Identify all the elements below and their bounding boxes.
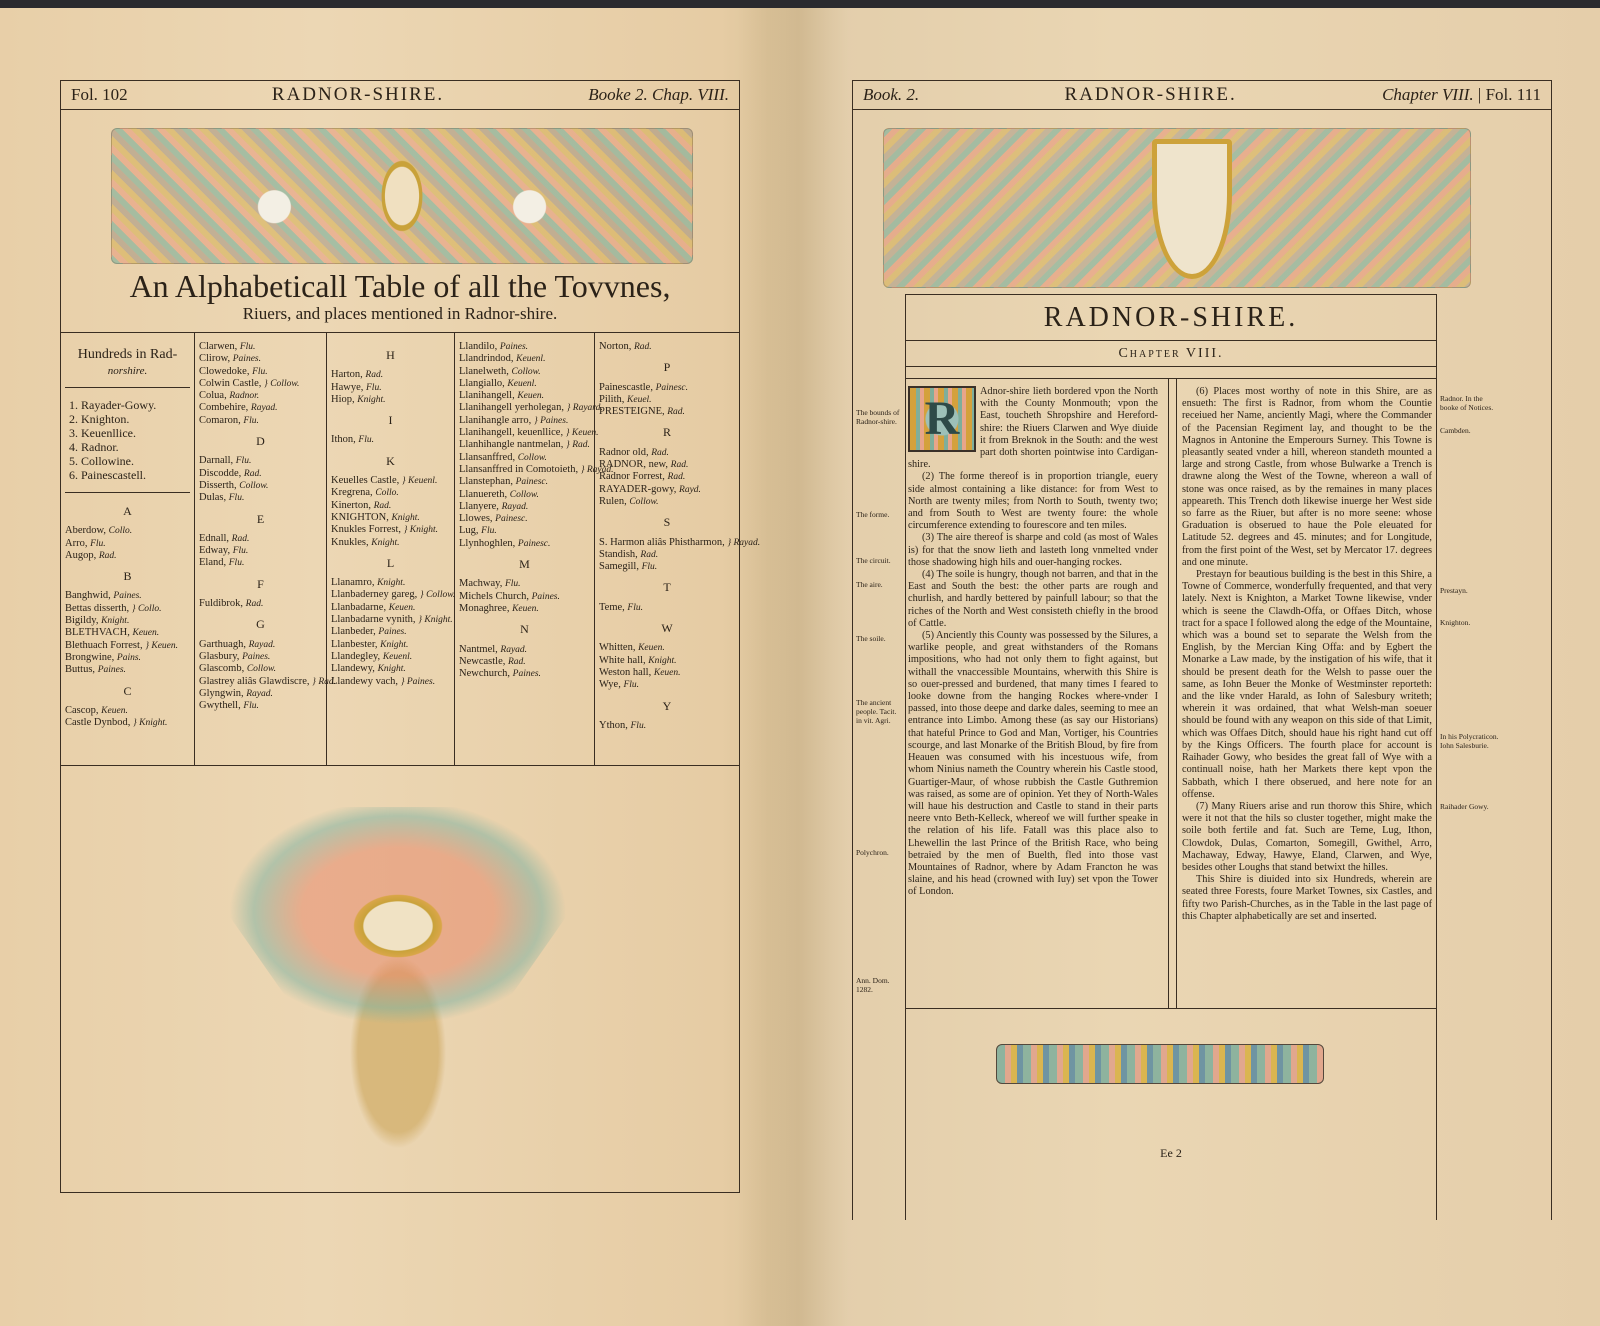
table-entry: Gwythell, Flu. — [199, 700, 322, 712]
table-entry: PRESTEIGNE, Rad. — [599, 406, 735, 418]
table-entry: Llynhoghlen, Painesc. — [459, 538, 590, 550]
book: Book. 2. — [863, 85, 919, 105]
table-subtitle: Riuers, and places mentioned in Radnor-s… — [61, 304, 739, 324]
margin-note: Cambden. — [1440, 426, 1500, 435]
table-entry: RADNOR, new, Rad. — [599, 459, 735, 471]
letter-heading: H — [331, 349, 450, 361]
letter-heading: E — [199, 513, 322, 525]
paragraph: (6) Places most worthy of note in this S… — [1182, 386, 1432, 569]
table-entry: Llandegley, Keuenl. — [331, 651, 450, 663]
table-entry: Hiop, Knight. — [331, 394, 450, 406]
text-column-1: RAdnor-shire lieth bordered vpon the Nor… — [908, 386, 1158, 899]
table-entry: Comaron, Flu. — [199, 415, 322, 427]
table-entry: Eland, Flu. — [199, 557, 322, 569]
table-entry: Kinerton, Rad. — [331, 500, 450, 512]
table-entry: Bigildy, Knight. — [65, 615, 190, 627]
table-entry: Wye, Flu. — [599, 679, 735, 691]
letter-heading: T — [599, 581, 735, 593]
table-entry: Llangiallo, Keuenl. — [459, 378, 590, 390]
running-title: RADNOR-SHIRE. — [1065, 84, 1237, 106]
paragraph: (7) Many Riuers arise and run thorow thi… — [1182, 801, 1432, 874]
letter-heading: Y — [599, 700, 735, 712]
drop-cap-icon: R — [908, 386, 976, 452]
letter-heading: L — [331, 557, 450, 569]
table-entry: Standish, Rad. — [599, 549, 735, 561]
table-entry: Llansanffred, Collow. — [459, 452, 590, 464]
paragraph: Prestayn for beautious building is the b… — [1182, 569, 1432, 801]
table-entry: Whitten, Keuen. — [599, 642, 735, 654]
table-entry: Monaghree, Keuen. — [459, 603, 590, 615]
table-entry: Llanihangell, keuenllice, } Keuen. — [459, 427, 590, 439]
paragraph: RAdnor-shire lieth bordered vpon the Nor… — [908, 386, 1158, 471]
table-entry: Fuldibrok, Rad. — [199, 598, 322, 610]
letter-heading: S — [599, 516, 735, 528]
right-running-head: Book. 2. RADNOR-SHIRE. Chapter VIII. | F… — [853, 80, 1551, 110]
letter-heading: C — [65, 685, 190, 697]
table-entry: Clirow, Paines. — [199, 353, 322, 365]
table-column-5: Norton, Rad.PPainescastle, Painesc.Pilit… — [595, 333, 739, 765]
margin-note: In his Polycraticon. Iohn Salesburie. — [1440, 732, 1500, 750]
table-entry: Keuelles Castle, } Keuenl. — [331, 475, 450, 487]
table-entry: Rulen, Collow. — [599, 496, 735, 508]
left-page: Fol. 102 RADNOR-SHIRE. Booke 2. Chap. VI… — [60, 80, 740, 1193]
table-entry: Glasbury, Paines. — [199, 651, 322, 663]
letter-heading: B — [65, 570, 190, 582]
table-entry: Llanstephan, Painesc. — [459, 476, 590, 488]
alphabetical-table: Hundreds in Rad-norshire. 1. Rayader-Gow… — [61, 332, 739, 766]
ornamental-headpiece-icon — [111, 128, 693, 264]
table-entry: Knukles Forrest, } Knight. — [331, 524, 450, 536]
table-entry: BLETHVACH, Keuen. — [65, 627, 190, 639]
hundreds-heading: Hundreds in Rad-norshire. — [65, 347, 190, 379]
table-entry: KNIGHTON, Knight. — [331, 512, 450, 524]
margin-note: Knighton. — [1440, 618, 1500, 627]
table-column-3: HHarton, Rad.Hawye, Flu.Hiop, Knight.IIt… — [327, 333, 455, 765]
margin-note: Radnor. In the booke of Notices. — [1440, 394, 1500, 412]
paragraph: (3) The aire thereof is sharpe and cold … — [908, 532, 1158, 569]
hundred-item: 6. Painescastell. — [69, 468, 186, 482]
table-entry: Kregrena, Collo. — [331, 487, 450, 499]
table-entry: Ednall, Rad. — [199, 533, 322, 545]
letter-heading: M — [459, 558, 590, 570]
chapter-folio: Chapter VIII. | Fol. 111 — [1382, 85, 1541, 105]
table-entry: Llanihangell, Keuen. — [459, 390, 590, 402]
table-entry: Llanelweth, Collow. — [459, 366, 590, 378]
table-entry: Norton, Rad. — [599, 341, 735, 353]
chapter-title: Chapter VIII. — [906, 346, 1436, 362]
table-entry: Llanihangell yerholegan, } Rayard. — [459, 402, 590, 414]
margin-note: Ann. Dom. 1282. — [856, 976, 904, 994]
table-entry: Llowes, Painesc. — [459, 513, 590, 525]
page-title: RADNOR-SHIRE. — [906, 302, 1436, 334]
table-entry: Samegill, Flu. — [599, 561, 735, 573]
paragraph: This Shire is diuided into six Hundreds,… — [1182, 874, 1432, 923]
table-entry: Radnor Forrest, Rad. — [599, 471, 735, 483]
letter-heading: I — [331, 414, 450, 426]
book-chapter: Booke 2. Chap. VIII. — [588, 85, 729, 105]
letter-heading: W — [599, 622, 735, 634]
margin-note: The bounds of Radnor-shire. — [856, 408, 904, 426]
table-entry: Painescastle, Painesc. — [599, 382, 735, 394]
letter-heading: A — [65, 505, 190, 517]
table-entry: White hall, Knight. — [599, 655, 735, 667]
folio: Fol. 102 — [71, 85, 128, 105]
table-entry: Blethuach Forrest, } Keuen. — [65, 640, 190, 652]
ornamental-band-icon — [996, 1044, 1324, 1084]
table-entry: Buttus, Paines. — [65, 664, 190, 676]
paragraph: (4) The soile is hungry, though not barr… — [908, 569, 1158, 630]
table-entry: Darnall, Flu. — [199, 455, 322, 467]
table-entry: Ython, Flu. — [599, 720, 735, 732]
table-entry: Garthuagh, Rayad. — [199, 639, 322, 651]
table-column-2: Clarwen, Flu.Clirow, Paines.Clowedoke, F… — [195, 333, 327, 765]
table-entry: Newcastle, Rad. — [459, 656, 590, 668]
table-entry: Harton, Rad. — [331, 369, 450, 381]
table-entry: Newchurch, Paines. — [459, 668, 590, 680]
table-entry: Llanyere, Rayad. — [459, 501, 590, 513]
hundred-item: 4. Radnor. — [69, 440, 186, 454]
table-entry: Llanbadarne, Keuen. — [331, 602, 450, 614]
running-title: RADNOR-SHIRE. — [272, 84, 444, 106]
letter-heading: P — [599, 361, 735, 373]
margin-note: The aire. — [856, 580, 904, 589]
letter-heading: G — [199, 618, 322, 630]
letter-heading: R — [599, 426, 735, 438]
ornamental-headpiece-icon — [883, 128, 1471, 288]
table-entry: Machway, Flu. — [459, 578, 590, 590]
table-column-1: Hundreds in Rad-norshire. 1. Rayader-Gow… — [61, 333, 195, 765]
table-entry: Disserth, Collow. — [199, 480, 322, 492]
table-entry: Clowedoke, Flu. — [199, 366, 322, 378]
letter-heading: K — [331, 455, 450, 467]
text-frame: RADNOR-SHIRE. Chapter VIII. RAdnor-shire… — [905, 294, 1437, 1220]
hundred-item: 5. Collowine. — [69, 454, 186, 468]
table-entry: Aberdow, Collo. — [65, 525, 190, 537]
table-entry: Cascop, Keuen. — [65, 705, 190, 717]
table-entry: Banghwid, Paines. — [65, 590, 190, 602]
letter-heading: N — [459, 623, 590, 635]
letter-heading: F — [199, 578, 322, 590]
table-entry: Llanuereth, Collow. — [459, 489, 590, 501]
left-running-head: Fol. 102 RADNOR-SHIRE. Booke 2. Chap. VI… — [61, 80, 739, 110]
hundred-item: 3. Keuenllice. — [69, 426, 186, 440]
margin-note: Raihader Gowy. — [1440, 802, 1500, 811]
margin-note: The circuit. — [856, 556, 904, 565]
table-entry: Augop, Rad. — [65, 550, 190, 562]
table-entry: Llanamro, Knight. — [331, 577, 450, 589]
table-entry: Radnor old, Rad. — [599, 447, 735, 459]
table-entry: S. Harmon aliâs Phistharmon, } Rayad. — [599, 537, 735, 549]
margin-note: Polychron. — [856, 848, 904, 857]
right-page: Book. 2. RADNOR-SHIRE. Chapter VIII. | F… — [852, 80, 1552, 1220]
table-entry: Llanbester, Knight. — [331, 639, 450, 651]
table-entry: Hawye, Flu. — [331, 382, 450, 394]
paragraph: (2) The forme thereof is in proportion t… — [908, 471, 1158, 532]
table-entry: Combehire, Rayad. — [199, 402, 322, 414]
table-entry: Bettas disserth, } Collo. — [65, 603, 190, 615]
table-entry: Teme, Flu. — [599, 602, 735, 614]
table-entry: Llandrindod, Keuenl. — [459, 353, 590, 365]
table-entry: Knukles, Knight. — [331, 537, 450, 549]
table-entry: Llandilo, Paines. — [459, 341, 590, 353]
letter-heading: D — [199, 435, 322, 447]
table-entry: Glascomb, Collow. — [199, 663, 322, 675]
center-fold — [738, 8, 848, 1326]
table-entry: RAYADER-gowy, Rayd. — [599, 484, 735, 496]
table-entry: Nantmel, Rayad. — [459, 644, 590, 656]
table-entry: Michels Church, Paines. — [459, 591, 590, 603]
shield-icon — [1152, 139, 1232, 279]
table-entry: Llanbadarne vynith, } Knight. — [331, 614, 450, 626]
table-entry: Dulas, Flu. — [199, 492, 322, 504]
hundred-item: 2. Knighton. — [69, 412, 186, 426]
table-entry: Llanbeder, Paines. — [331, 626, 450, 638]
table-entry: Brongwine, Pains. — [65, 652, 190, 664]
table-entry: Lug, Flu. — [459, 525, 590, 537]
table-entry: Ithon, Flu. — [331, 434, 450, 446]
margin-note: Prestayn. — [1440, 586, 1500, 595]
table-entry: Castle Dynbod, } Knight. — [65, 717, 190, 729]
hundred-item: 1. Rayader-Gowy. — [69, 398, 186, 412]
table-entry: Arro, Flu. — [65, 538, 190, 550]
text-column-2: (6) Places most worthy of note in this S… — [1182, 386, 1432, 923]
hundreds-list: 1. Rayader-Gowy.2. Knighton.3. Keuenllic… — [65, 387, 190, 493]
table-entry: Llanbaderney gareg, } Collow. — [331, 589, 450, 601]
table-entry: Llansanffred in Comotoieth, } Rayad. — [459, 464, 590, 476]
table-entry: Edway, Flu. — [199, 545, 322, 557]
table-entry: Llanihangle arro, } Paines. — [459, 415, 590, 427]
table-entry: Llandewy, Knight. — [331, 663, 450, 675]
paragraph: (5) Anciently this County was possessed … — [908, 630, 1158, 898]
table-entry: Glastrey aliâs Glawdiscre, } Rad. — [199, 676, 322, 688]
table-entry: Colwin Castle, } Collow. — [199, 378, 322, 390]
margin-note: The forme. — [856, 510, 904, 519]
table-title: An Alphabeticall Table of all the Tovvne… — [61, 268, 739, 305]
table-entry: Llandewy vach, } Paines. — [331, 676, 450, 688]
table-entry: Llanhihangle nantmelan, } Rad. — [459, 439, 590, 451]
table-entry: Glyngwin, Rayad. — [199, 688, 322, 700]
entries: AAberdow, Collo.Arro, Flu.Augop, Rad.BBa… — [65, 505, 190, 729]
margin-note: The ancient people. Tacit. in vit. Agri. — [856, 698, 904, 725]
table-entry: Discodde, Rad. — [199, 468, 322, 480]
margin-note: The soile. — [856, 634, 904, 643]
table-entry: Colua, Radnor. — [199, 390, 322, 402]
ornamental-tailpiece-icon — [153, 807, 643, 1157]
table-entry: Weston hall, Keuen. — [599, 667, 735, 679]
signature-mark: Ee 2 — [906, 1146, 1436, 1161]
table-column-4: Llandilo, Paines.Llandrindod, Keuenl.Lla… — [455, 333, 595, 765]
table-entry: Clarwen, Flu. — [199, 341, 322, 353]
table-entry: Pilith, Keuel. — [599, 394, 735, 406]
